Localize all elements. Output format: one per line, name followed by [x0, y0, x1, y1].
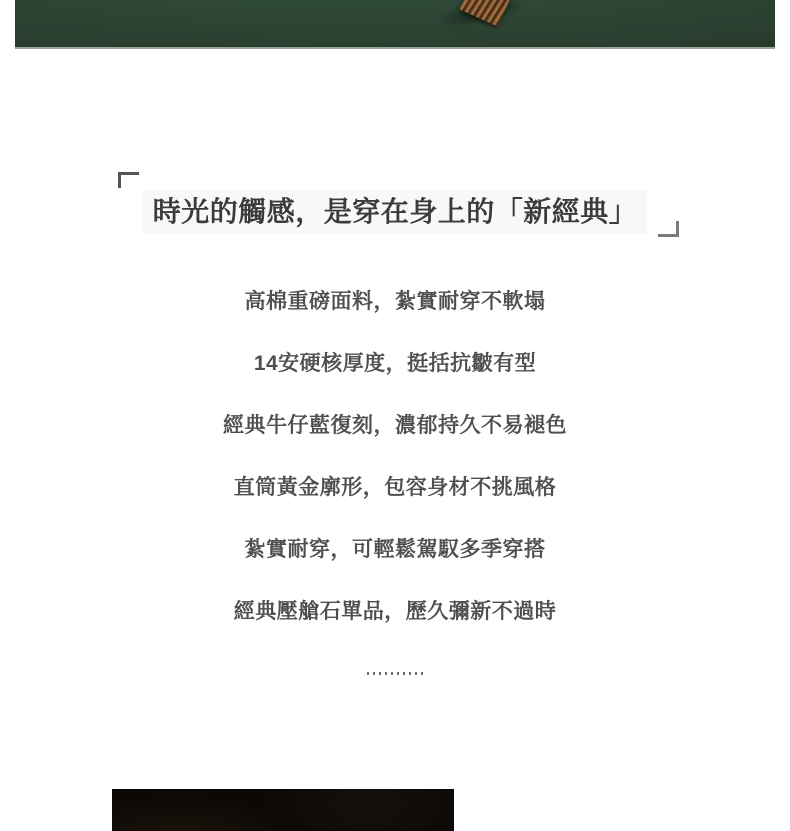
- dot: [391, 672, 393, 675]
- feature-line: 14安硬核厚度，挺括抗皺有型: [254, 349, 536, 411]
- dot: [421, 672, 423, 675]
- dot: [373, 672, 375, 675]
- feature-line: 經典壓艙石單品，歷久彌新不過時: [234, 597, 557, 659]
- dot: [415, 672, 417, 675]
- dot: [385, 672, 387, 675]
- dot: [409, 672, 411, 675]
- page-title-text: 時光的觸感，是穿在身上的「新經典」: [143, 190, 648, 234]
- dot: [367, 672, 369, 675]
- corner-bracket-top-left-icon: [118, 172, 139, 188]
- hero-product-photo: [15, 0, 775, 49]
- page-title: 時光的觸感，是穿在身上的「新經典」: [0, 190, 790, 234]
- bottom-product-photo: [112, 789, 454, 831]
- dot: [403, 672, 405, 675]
- feature-list: 高棉重磅面料，紮實耐穿不軟塌 14安硬核厚度，挺括抗皺有型 經典牛仔藍復刻，濃郁…: [0, 287, 790, 659]
- feature-line: 經典牛仔藍復刻，濃郁持久不易褪色: [223, 411, 567, 473]
- dot: [397, 672, 399, 675]
- dot-separator: [0, 672, 790, 675]
- feature-line: 紮實耐穿，可輕鬆駕馭多季穿搭: [245, 535, 546, 597]
- feature-line: 高棉重磅面料，紮實耐穿不軟塌: [245, 287, 546, 349]
- dot: [379, 672, 381, 675]
- feature-line: 直筒黃金廓形，包容身材不挑風格: [234, 473, 557, 535]
